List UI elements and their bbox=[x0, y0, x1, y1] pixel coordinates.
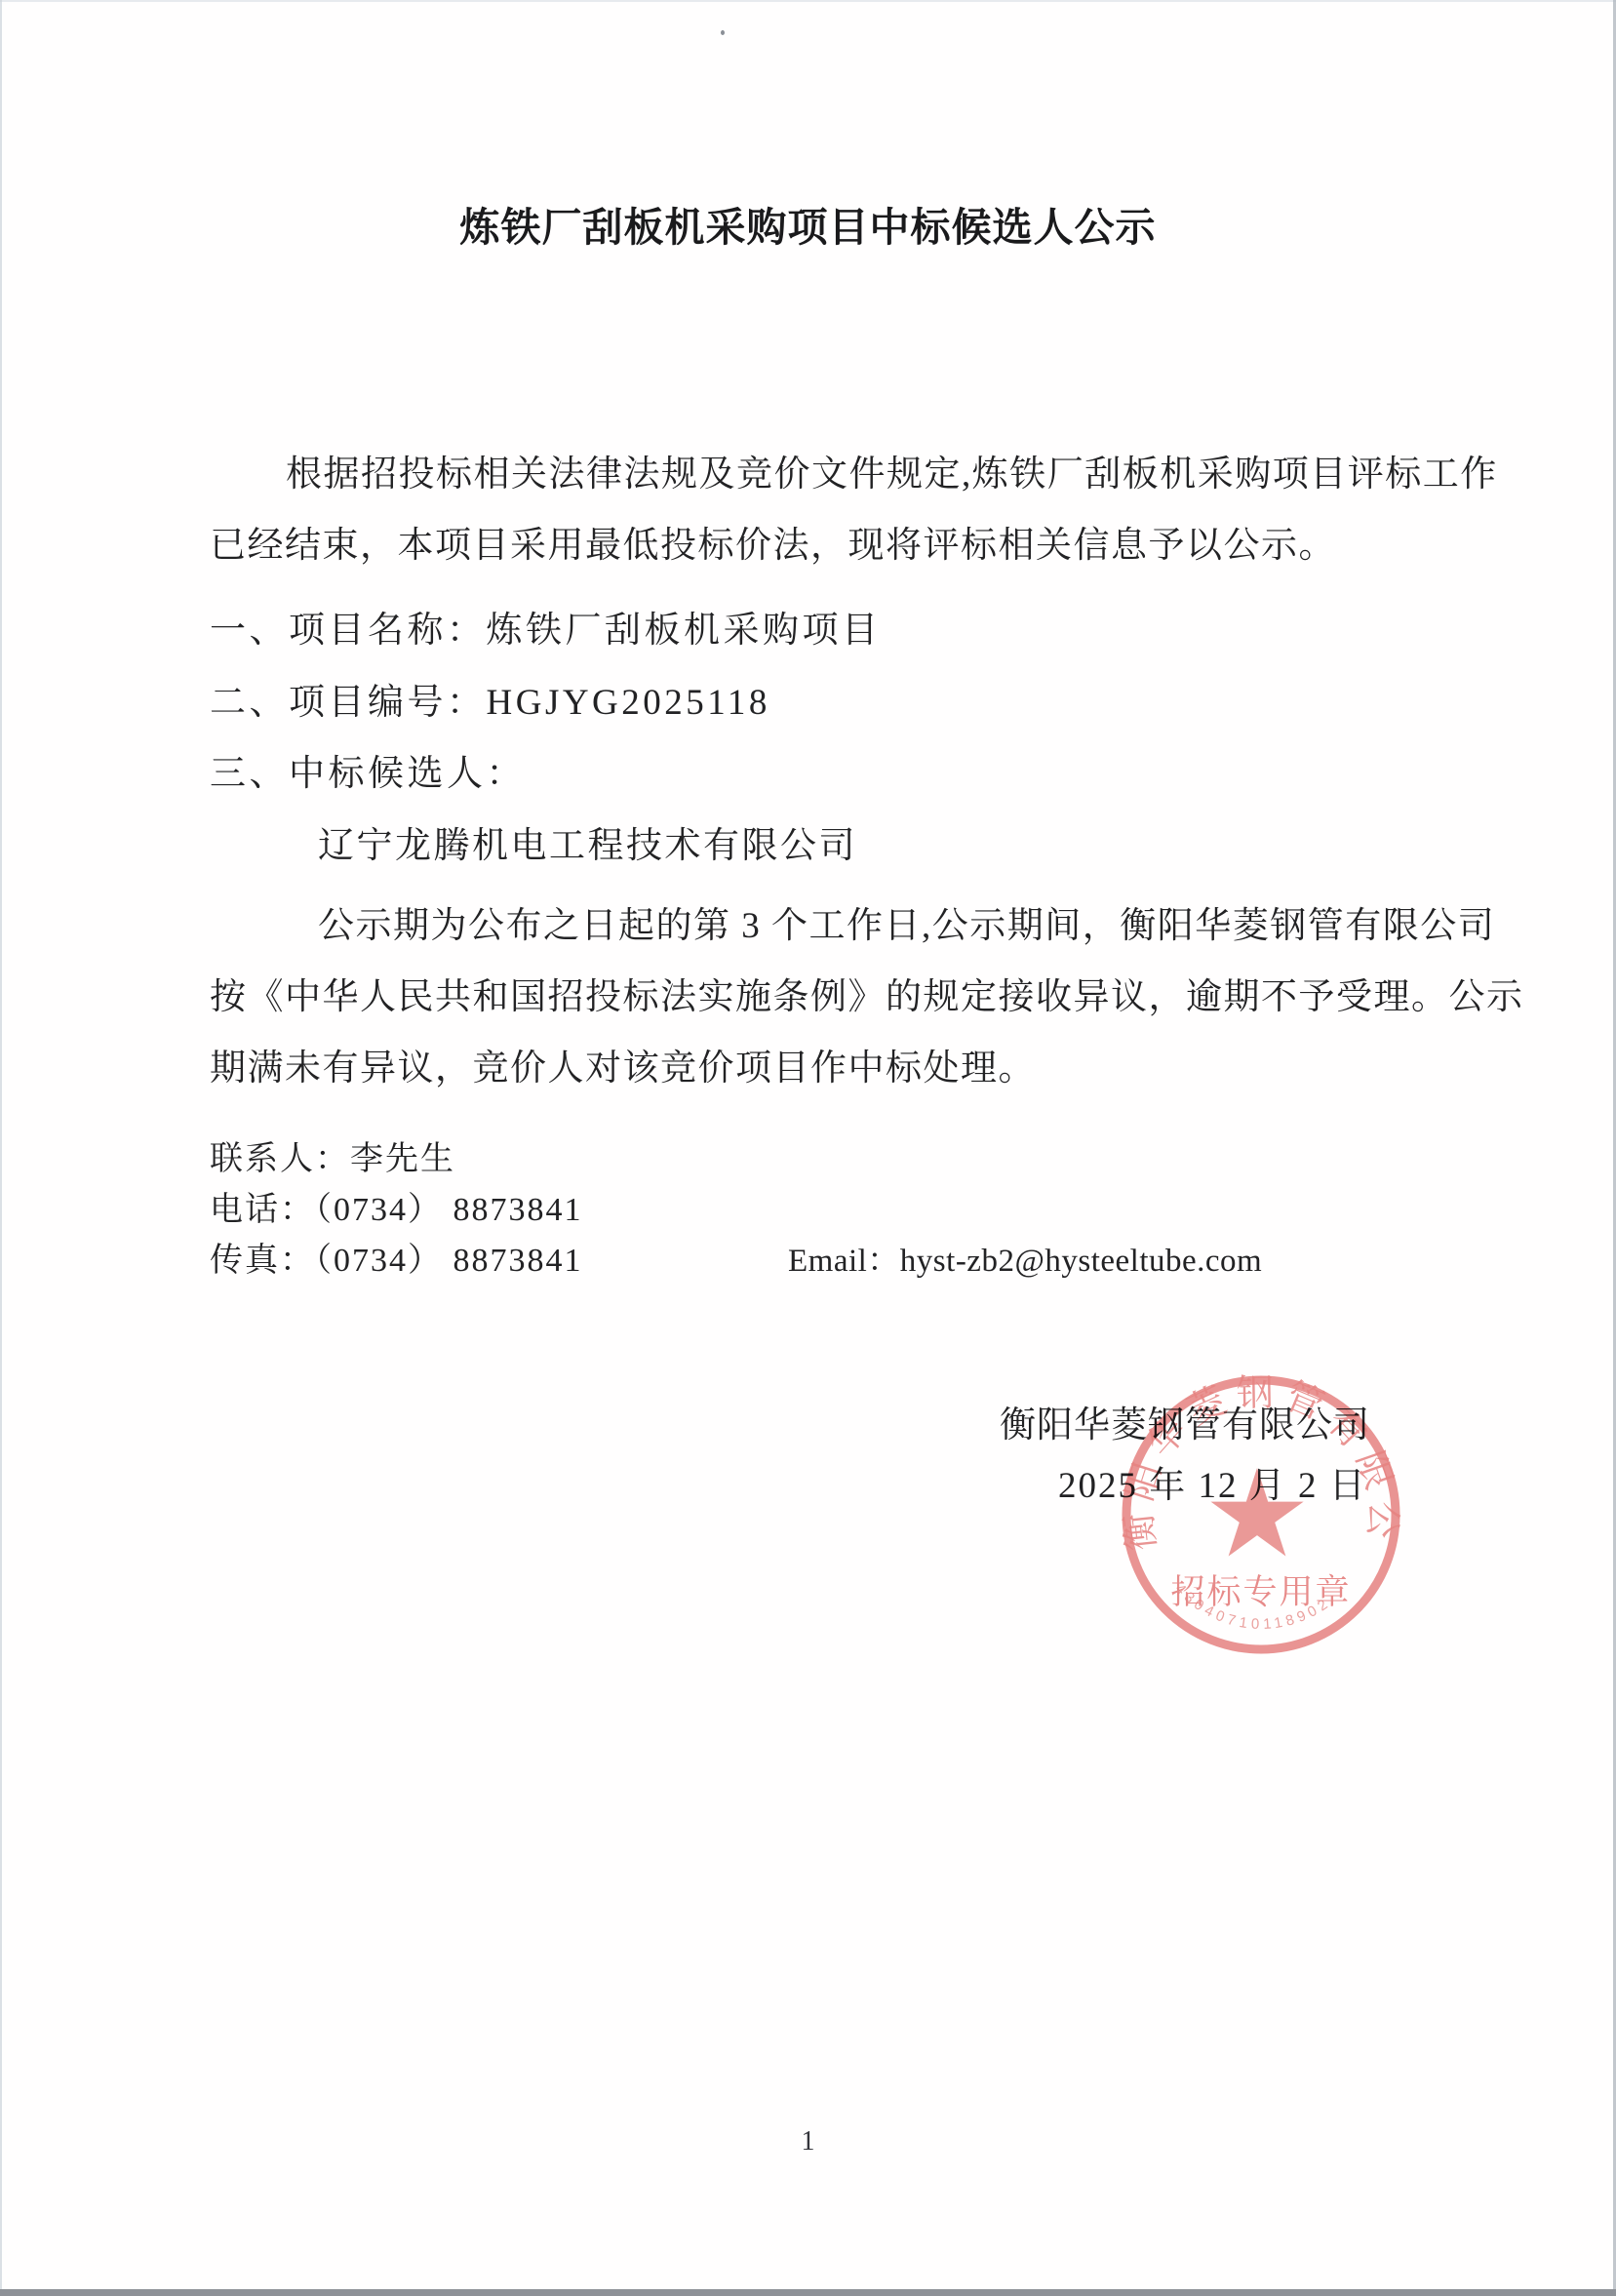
list-item-project-name: 一、项目名称：炼铁厂刮板机采购项目 bbox=[210, 600, 882, 653]
company-seal-stamp: 衡阳华菱钢管有限公司 43040710118902 招标专用章 bbox=[1114, 1367, 1408, 1662]
contact-email: Email：hyst-zb2@hysteeltube.com bbox=[788, 1235, 1262, 1281]
contact-fax: 传真：（0734） 8873841 bbox=[210, 1233, 583, 1281]
paragraph1-line2: 已经结束，本项目采用最低投标价法，现将评标相关信息予以公示。 bbox=[210, 515, 1336, 568]
seal-label-text: 招标专用章 bbox=[1170, 1573, 1351, 1611]
list-item-candidates: 三、中标候选人： bbox=[210, 743, 526, 796]
paragraph2-line1: 公示期为公布之日起的第 3 个工作日,公示期间，衡阳华菱钢管有限公司 bbox=[318, 895, 1495, 948]
scan-edge-left bbox=[0, 0, 2, 2296]
contact-phone: 电话：（0734） 8873841 bbox=[210, 1182, 583, 1230]
winning-candidate-name: 辽宁龙腾机电工程技术有限公司 bbox=[318, 815, 857, 868]
paragraph2-line3: 期满未有异议，竞价人对该竞价项目作中标处理。 bbox=[210, 1038, 1036, 1090]
scan-speck bbox=[640, 241, 643, 244]
document-title: 炼铁厂刮板机采购项目中标候选人公示 bbox=[0, 195, 1616, 253]
scanned-document-page: 炼铁厂刮板机采购项目中标候选人公示 根据招投标相关法律法规及竞价文件规定,炼铁厂… bbox=[0, 0, 1616, 2296]
scan-edge-top bbox=[0, 0, 1616, 2]
seal-star-icon bbox=[1211, 1468, 1304, 1557]
page-number: 1 bbox=[0, 2126, 1616, 2157]
list-item-project-number: 二、项目编号：HGJYG2025118 bbox=[210, 672, 770, 725]
paragraph1-line1: 根据招投标相关法律法规及竞价文件规定,炼铁厂刮板机采购项目评标工作 bbox=[286, 444, 1498, 496]
paragraph2-line2: 按《中华人民共和国招投标法实施条例》的规定接收异议，逾期不予受理。公示 bbox=[210, 967, 1524, 1019]
scan-speck bbox=[721, 30, 725, 35]
scan-edge-bottom bbox=[0, 2289, 1616, 2296]
contact-person: 联系人：李先生 bbox=[210, 1131, 455, 1179]
